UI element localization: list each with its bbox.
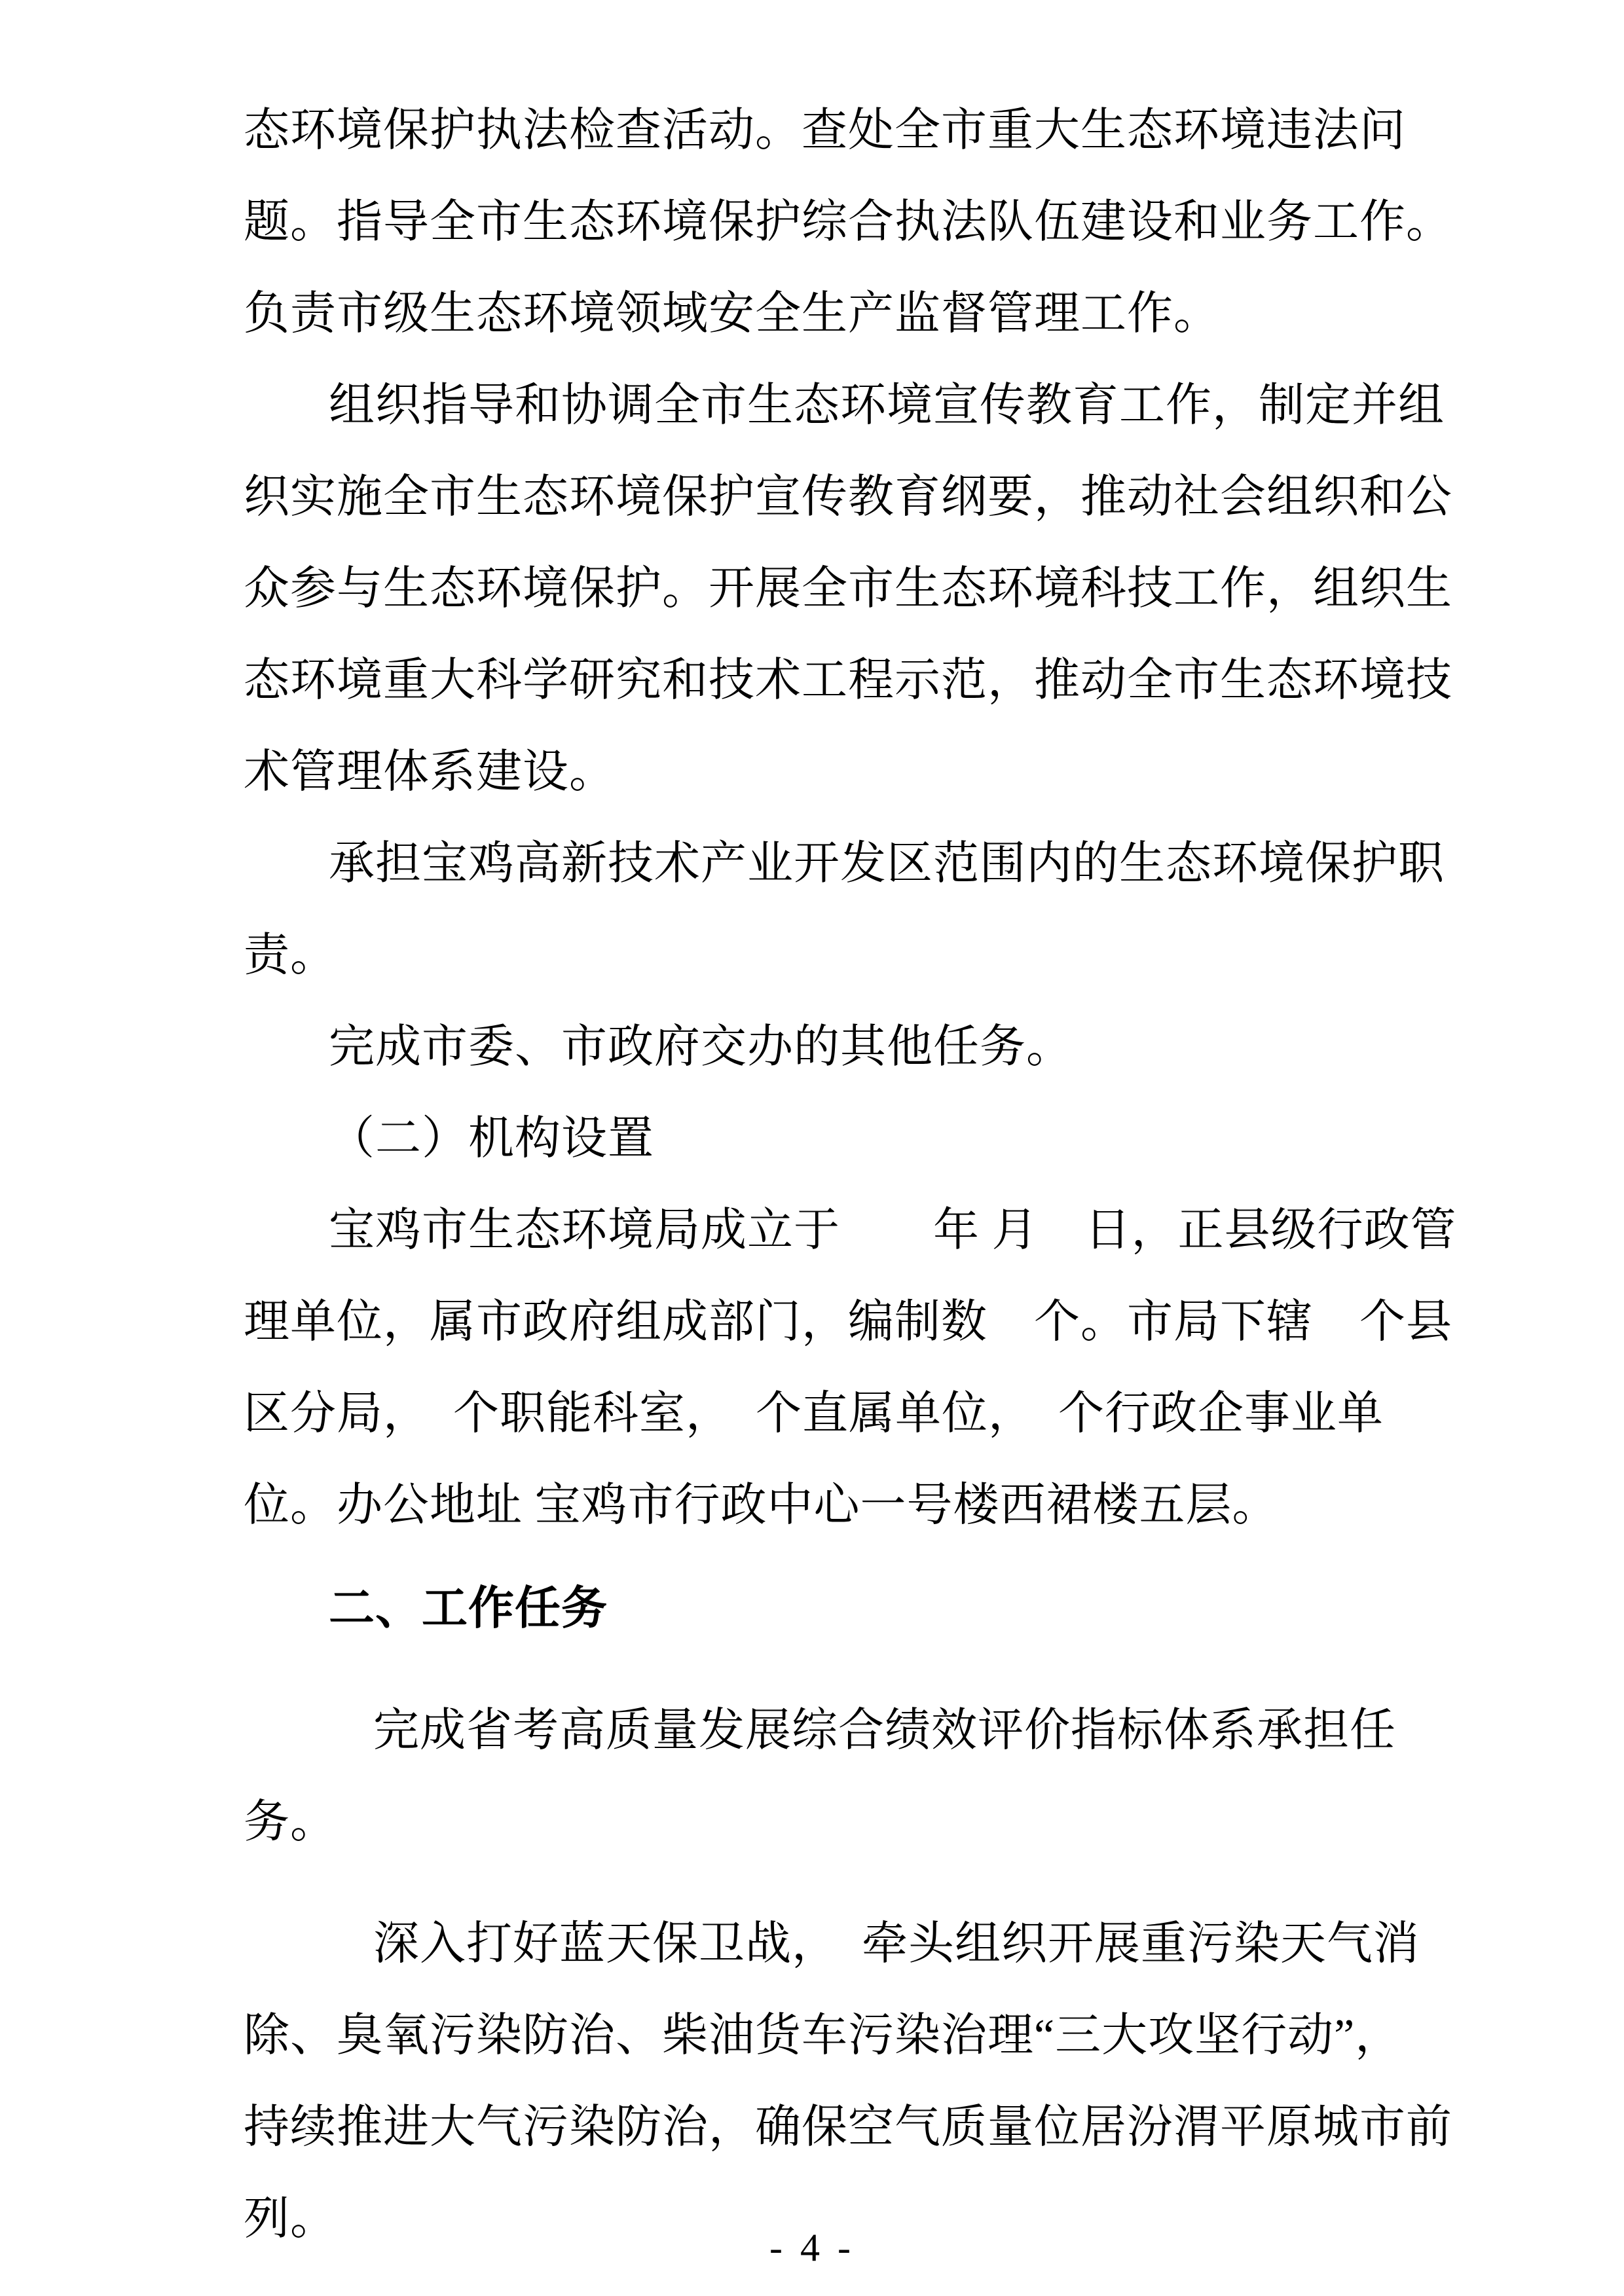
text-line: 除、臭氧污染防治、柴油货车污染治理“三大攻坚行动”， bbox=[244, 1990, 1397, 2082]
document-page: 态环境保护执法检查活动。查处全市重大生态环境违法问 题。指导全市生态环境保护综合… bbox=[0, 0, 1624, 2296]
document-body: 态环境保护执法检查活动。查处全市重大生态环境违法问 题。指导全市生态环境保护综合… bbox=[244, 85, 1397, 2265]
text-line: 务。 bbox=[244, 1777, 1397, 1868]
page-number: - 4 - bbox=[769, 2226, 855, 2269]
text-line: 位。办公地址 宝鸡市行政中心一号楼西裙楼五层。 bbox=[244, 1460, 1397, 1552]
text-line: 持续推进大气污染防治，确保空气质量位居汾渭平原城市前 bbox=[244, 2082, 1397, 2174]
text-line: 术管理体系建设。 bbox=[244, 727, 1397, 818]
paragraph-start-line: 完成省考高质量发展综合绩效评价指标体系承担任 bbox=[244, 1685, 1397, 1777]
paragraph-start-line: 宝鸡市生态环境局成立于 年 月 日，正县级行政管 bbox=[244, 1185, 1397, 1277]
paragraph-start-line: 组织指导和协调全市生态环境宣传教育工作，制定并组 bbox=[244, 360, 1397, 452]
text-line: 态环境重大科学研究和技术工程示范，推动全市生态环境技 bbox=[244, 635, 1397, 727]
text-line: 负责市级生态环境领域安全生产监督管理工作。 bbox=[244, 268, 1397, 360]
text-line: 态环境保护执法检查活动。查处全市重大生态环境违法问 bbox=[244, 85, 1397, 177]
text-line: 责。 bbox=[244, 910, 1397, 1002]
paragraph-start-line: 深入打好蓝天保卫战， 牵头组织开展重污染天气消 bbox=[244, 1899, 1397, 1990]
paragraph-start-line: 完成市委、市政府交办的其他任务。 bbox=[244, 1002, 1397, 1093]
text-line: 众参与生态环境保护。开展全市生态环境科技工作，组织生 bbox=[244, 543, 1397, 635]
subsection-heading-org-setup: （二）机构设置 bbox=[244, 1093, 1397, 1185]
page-footer: - 4 - bbox=[0, 2225, 1624, 2270]
paragraph-start-line: 承担宝鸡高新技术产业开发区范围内的生态环境保护职 bbox=[244, 818, 1397, 910]
section-heading-work-tasks: 二、工作任务 bbox=[244, 1563, 1397, 1655]
text-line: 题。指导全市生态环境保护综合执法队伍建设和业务工作。 bbox=[244, 177, 1397, 268]
text-line: 织实施全市生态环境保护宣传教育纲要，推动社会组织和公 bbox=[244, 452, 1397, 543]
text-line: 理单位，属市政府组成部门，编制数 个。市局下辖 个县 bbox=[244, 1277, 1397, 1368]
text-line: 区分局， 个职能科室， 个直属单位， 个行政企事业单 bbox=[244, 1368, 1397, 1460]
